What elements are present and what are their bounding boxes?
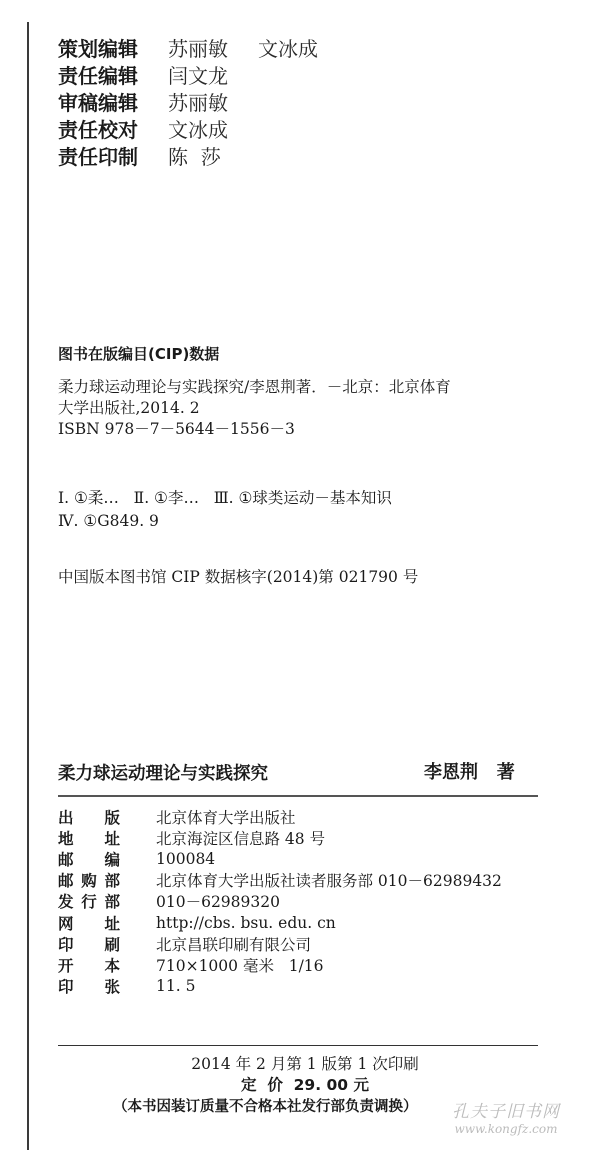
watermark-url: www.kongfz.com	[452, 1123, 560, 1135]
pub-row-distribution: 发 行 部 010－62989320	[58, 891, 502, 912]
pub-row-printed-sheets: 印 张 11. 5	[58, 976, 502, 997]
credit-row-planning-editor: 策划编辑 苏丽敏 文冰成	[58, 36, 348, 63]
pub-label: 地 址	[58, 827, 120, 849]
pub-label-char: 购	[81, 869, 97, 891]
pub-value: http://cbs. bsu. edu. cn	[156, 914, 336, 932]
pub-row-website: 网 址 http://cbs. bsu. edu. cn	[58, 912, 502, 933]
pub-value: 010－62989320	[156, 890, 280, 912]
pub-value: 北京体育大学出版社读者服务部 010－62989432	[156, 869, 502, 891]
pub-label-char: 印	[58, 975, 74, 997]
divider-rule	[58, 1045, 538, 1046]
replacement-notice: （本书因装订质量不合格本社发行部负责调换）	[113, 1095, 418, 1116]
pub-row-mail-order: 邮 购 部 北京体育大学出版社读者服务部 010－62989432	[58, 870, 502, 891]
cip-line: 柔力球运动理论与实践探究/李恩荆著．－北京：北京体育	[58, 377, 451, 398]
pub-label-char: 部	[104, 869, 120, 891]
pub-label: 邮 购 部	[58, 869, 120, 891]
pub-label-char: 邮	[58, 869, 74, 891]
page-gutter-line	[27, 22, 29, 1150]
classification-line: Ⅰ. ①柔… Ⅱ. ①李… Ⅲ. ①球类运动－基本知识	[58, 487, 392, 510]
credit-row-print-supervisor: 责任印制 陈 莎	[58, 144, 348, 171]
pub-row-format: 开 本 710×1000 毫米 1/16	[58, 954, 502, 975]
pub-label-char: 开	[58, 954, 74, 976]
pub-row-printer: 印 刷 北京昌联印刷有限公司	[58, 933, 502, 954]
credit-name: 苏丽敏	[168, 90, 258, 117]
credit-name: 文冰成	[168, 117, 258, 144]
cip-body: 柔力球运动理论与实践探究/李恩荆著．－北京：北京体育 大学出版社,2014. 2…	[58, 377, 451, 440]
edition-info: 2014 年 2 月第 1 版第 1 次印刷	[0, 1052, 600, 1074]
credit-row-review-editor: 审稿编辑 苏丽敏	[58, 90, 348, 117]
credit-name: 文冰成	[258, 36, 348, 63]
pub-label: 出 版	[58, 806, 120, 828]
credit-label: 责任校对	[58, 117, 168, 144]
pub-label: 网 址	[58, 912, 120, 934]
pub-row-postcode: 邮 编 100084	[58, 848, 502, 869]
credit-row-proofreader: 责任校对 文冰成	[58, 117, 348, 144]
pub-label-char: 址	[104, 912, 120, 934]
pub-label-char: 邮	[58, 848, 74, 870]
pub-label-char: 址	[104, 827, 120, 849]
pub-label: 印 刷	[58, 933, 120, 955]
pub-label-char: 版	[104, 806, 120, 828]
credit-name: 闫文龙	[168, 63, 258, 90]
watermark: 孔夫子旧书网 www.kongfz.com	[452, 1104, 560, 1135]
pub-label-char: 编	[104, 848, 120, 870]
pub-label-char: 刷	[104, 933, 120, 955]
cip-record-number: 中国版本图书馆 CIP 数据核字(2014)第 021790 号	[58, 565, 418, 587]
pub-value: 11. 5	[156, 977, 195, 995]
pub-label-char: 出	[58, 806, 74, 828]
divider-rule	[58, 795, 538, 797]
pub-label-char: 本	[104, 954, 120, 976]
pub-label: 发 行 部	[58, 890, 120, 912]
pub-row-address: 地 址 北京海淀区信息路 48 号	[58, 827, 502, 848]
pub-value: 北京海淀区信息路 48 号	[156, 827, 325, 849]
pub-label: 印 张	[58, 975, 120, 997]
isbn: ISBN 978－7－5644－1556－3	[58, 419, 451, 440]
watermark-text: 孔夫子旧书网	[452, 1104, 560, 1121]
credit-name: 陈 莎	[168, 144, 258, 171]
credit-label: 策划编辑	[58, 36, 168, 63]
pub-label: 邮 编	[58, 848, 120, 870]
pub-value: 北京昌联印刷有限公司	[156, 933, 311, 955]
pub-label-char: 网	[58, 912, 74, 934]
pub-value: 710×1000 毫米 1/16	[156, 954, 324, 976]
pub-label-char: 印	[58, 933, 74, 955]
credit-label: 责任印制	[58, 144, 168, 171]
pub-label-char: 张	[104, 975, 120, 997]
pub-value: 北京体育大学出版社	[156, 806, 296, 828]
pub-row-publisher: 出 版 北京体育大学出版社	[58, 806, 502, 827]
price: 定 价 29. 00 元	[0, 1073, 600, 1095]
pub-label-char: 部	[104, 890, 120, 912]
pub-label-char: 地	[58, 827, 74, 849]
book-author: 李恩荆 著	[424, 758, 515, 784]
pub-label: 开 本	[58, 954, 120, 976]
pub-label-char: 行	[81, 890, 97, 912]
credit-name: 苏丽敏	[168, 36, 258, 63]
cip-heading: 图书在版编目(CIP)数据	[58, 343, 219, 364]
classification-line: Ⅳ. ①G849. 9	[58, 510, 392, 533]
credit-label: 审稿编辑	[58, 90, 168, 117]
pub-label-char: 发	[58, 890, 74, 912]
pub-value: 100084	[156, 850, 215, 868]
publisher-info: 出 版 北京体育大学出版社 地 址 北京海淀区信息路 48 号 邮 编 1000…	[58, 806, 502, 997]
cip-classification: Ⅰ. ①柔… Ⅱ. ①李… Ⅲ. ①球类运动－基本知识 Ⅳ. ①G849. 9	[58, 487, 392, 533]
cip-line: 大学出版社,2014. 2	[58, 398, 451, 419]
credit-label: 责任编辑	[58, 63, 168, 90]
editorial-credits: 策划编辑 苏丽敏 文冰成 责任编辑 闫文龙 审稿编辑 苏丽敏 责任校对 文冰成 …	[58, 36, 348, 171]
book-title: 柔力球运动理论与实践探究	[58, 760, 268, 785]
credit-row-responsible-editor: 责任编辑 闫文龙	[58, 63, 348, 90]
